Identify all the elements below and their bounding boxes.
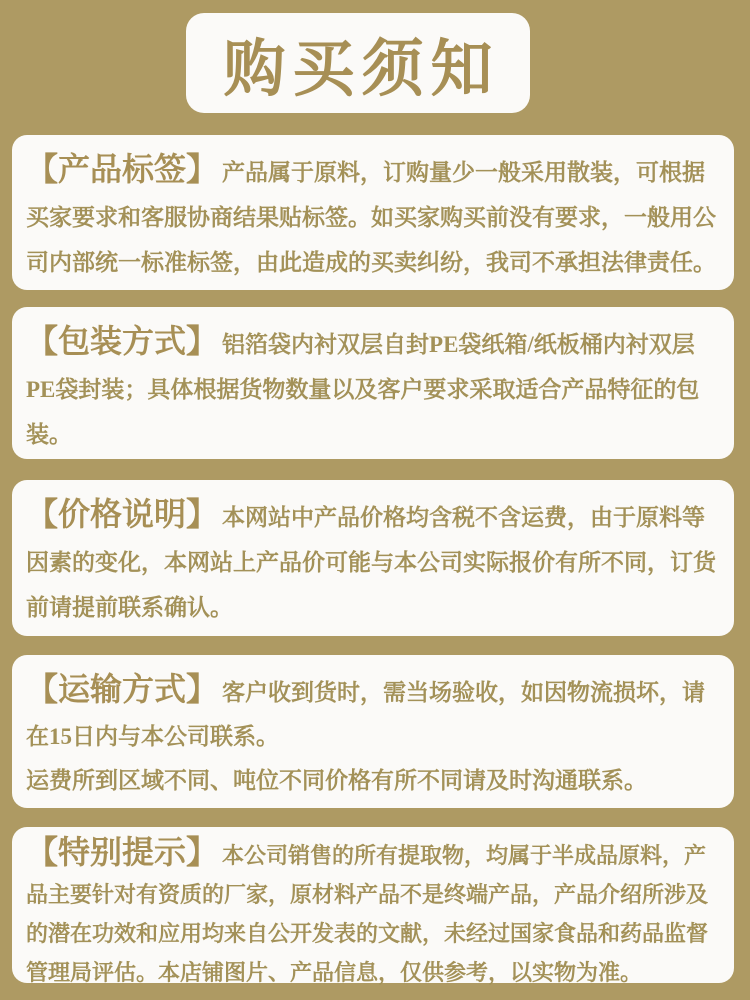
section-heading-special-notice: 【特别提示】 — [26, 834, 218, 870]
page-title: 购买须知 — [216, 19, 499, 108]
section-special-notice: 【特别提示】本公司销售的所有提取物，均属于半成品原料，产品主要针对有资质的厂家，… — [12, 827, 734, 983]
section-text: 【价格说明】本网站中产品价格均含税不含运费，由于原料等因素的变化，本网站上产品价… — [26, 492, 718, 630]
section-pricing: 【价格说明】本网站中产品价格均含税不含运费，由于原料等因素的变化，本网站上产品价… — [12, 480, 734, 636]
section-text: 【特别提示】本公司销售的所有提取物，均属于半成品原料，产品主要针对有资质的厂家，… — [26, 833, 718, 992]
section-text: 【包装方式】铝箔袋内衬双层自封PE袋纸箱/纸板桶内衬双层PE袋封装；具体根据货物… — [26, 319, 718, 457]
section-heading-product-label: 【产品标签】 — [26, 151, 218, 187]
section-product-label: 【产品标签】产品属于原料，订购量少一般采用散装，可根据买家要求和客服协商结果贴标… — [12, 135, 734, 290]
section-shipping: 【运输方式】客户收到货时，需当场验收，如因物流损坏，请在15日内与本公司联系。 … — [12, 655, 734, 808]
section-text: 【运输方式】客户收到货时，需当场验收，如因物流损坏，请在15日内与本公司联系。 — [26, 667, 718, 759]
section-body-shipping-freight-note: 运费所到区域不同、吨位不同价格有所不同请及时沟通联系。 — [26, 759, 718, 803]
section-packaging: 【包装方式】铝箔袋内衬双层自封PE袋纸箱/纸板桶内衬双层PE袋封装；具体根据货物… — [12, 307, 734, 459]
title-card: 购买须知 — [186, 13, 530, 113]
section-heading-pricing: 【价格说明】 — [26, 496, 218, 532]
section-text: 【产品标签】产品属于原料，订购量少一般采用散装，可根据买家要求和客服协商结果贴标… — [26, 147, 718, 285]
section-heading-packaging: 【包装方式】 — [26, 323, 218, 359]
section-heading-shipping: 【运输方式】 — [26, 671, 218, 707]
